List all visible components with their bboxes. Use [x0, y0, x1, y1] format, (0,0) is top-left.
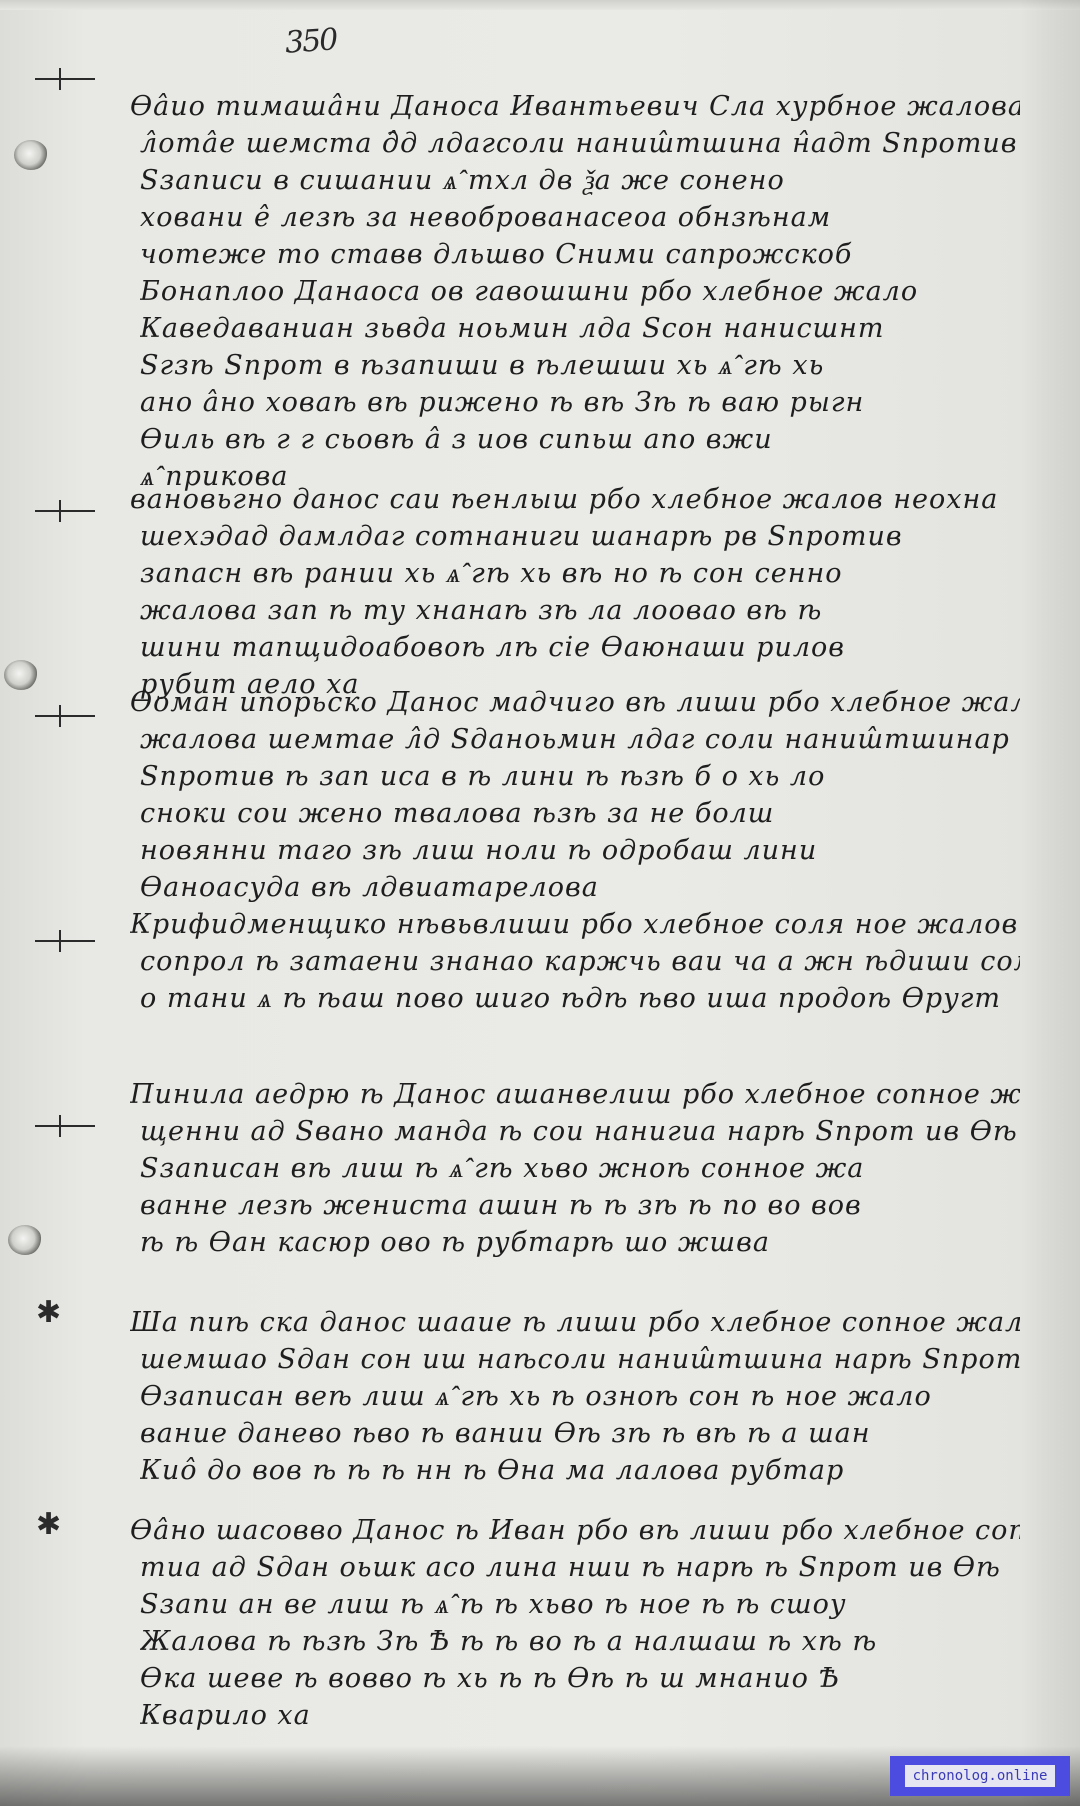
manuscript-entry: Пинила аедрю ѣ Данос ашанвелиш рбо хлебн… [130, 1080, 1020, 1265]
manuscript-entry: Ѳа̂ио тимаша̂ни Даноса Ивантьевич Сла ху… [130, 92, 1020, 499]
handwritten-line: щенни ад Ѕвано манда ѣ сои нанигиа нарѣ … [140, 1117, 1020, 1147]
handwritten-line: запасн вѣ рании хь ѧ̂ гѣ хь вѣ но ѣ сон … [140, 559, 1020, 589]
handwritten-line: вановьгно данос саи ѣенлыш рбо хлебное ж… [130, 485, 1020, 515]
handwritten-line: Кио̂ до вов ѣ ѣ ѣ нн ѣ Ѳна ма лалова руб… [140, 1456, 1020, 1486]
handwritten-line: Ѳаноасуда вѣ лдвиатарелова [140, 873, 1020, 903]
margin-cross-icon [35, 68, 95, 90]
handwritten-line: Жалова ѣ ѣзѣ Зѣ Ѣ ѣ ѣ во ѣ а налшаш ѣ хѣ… [140, 1627, 1020, 1657]
margin-star-icon: ✱ [36, 1298, 61, 1328]
manuscript-entry: Ша пиѣ ска данос шааие ѣ лиши рбо хлебно… [130, 1308, 1020, 1493]
handwritten-line: новянни таго зѣ лиш ноли ѣ одробаш лини [140, 836, 1020, 866]
manuscript-entry: Ѳоман ипорьско Данос мадчиго вѣ лиши рбо… [130, 688, 1020, 910]
handwritten-line: вание данево ѣво ѣ вании Ѳѣ зѣ ѣ вѣ ѣ а … [140, 1419, 1020, 1449]
page-right-edge-shadow [1020, 0, 1080, 1806]
folio-number: 350 [284, 22, 338, 60]
punch-hole [8, 1225, 42, 1255]
handwritten-line: тиа ад Ѕдан оьшк асо лина нши ѣ нарѣ ѣ Ѕ… [140, 1553, 1020, 1583]
handwritten-line: Ша пиѣ ска данос шааие ѣ лиши рбо хлебно… [130, 1308, 1020, 1338]
handwritten-line: Ѳка шеве ѣ вовво ѣ хь ѣ ѣ Ѳѣ ѣ ш мнанио … [140, 1664, 1020, 1694]
punch-hole [14, 140, 48, 170]
handwritten-line: ванне лезѣ жениста ашин ѣ ѣ зѣ ѣ по во в… [140, 1191, 1020, 1221]
watermark-text: chronolog.online [905, 1765, 1056, 1787]
manuscript-entry: Ѳа̂но шасовво Данос ѣ Иван рбо вѣ лиши р… [130, 1516, 1020, 1738]
handwritten-line: Ѳа̂но шасовво Данос ѣ Иван рбо вѣ лиши р… [130, 1516, 1020, 1546]
handwritten-line: шини тапщидоабовоѣ лѣ сіе Ѳаюнаши рилов [140, 633, 1020, 663]
handwritten-line: о тани ѧ ѣ ѣаш пово шиго ѣдѣ ѣво иша про… [140, 984, 1020, 1014]
handwritten-line: Ѳзаписан веѣ лиш ѧ̂ гѣ хь ѣ озноѣ сон ѣ … [140, 1382, 1020, 1412]
margin-cross-icon [35, 705, 95, 727]
handwritten-line: шемшао Ѕдан сон иш наѣсоли наниш̂тшина н… [140, 1345, 1020, 1375]
handwritten-line: сноки сои жено твалова ѣзѣ за не болш [140, 799, 1020, 829]
margin-star-icon: ✱ [36, 1510, 61, 1540]
punch-hole [4, 660, 38, 690]
handwritten-line: Пинила аедрю ѣ Данос ашанвелиш рбо хлебн… [130, 1080, 1020, 1110]
handwritten-line: сопрол ѣ затаени знанао каржчь ваи ча а … [140, 947, 1020, 977]
handwritten-line: л̂ота̂е шемста д̂д лдагсоли наниш̂тшина … [140, 129, 1020, 159]
handwritten-line: Ѳоман ипорьско Данос мадчиго вѣ лиши рбо… [130, 688, 1020, 718]
margin-cross-icon [35, 930, 95, 952]
manuscript-entry: Крифидменщико нѣвьвлиши рбо хлебное соля… [130, 910, 1020, 1021]
handwritten-line: Ѳа̂ио тимаша̂ни Даноса Ивантьевич Сла ху… [130, 92, 1020, 122]
handwritten-line: Ѕзаписи в сишании ѧ̂ тхл дв ѯа же сонено [140, 166, 1020, 196]
handwritten-line: ѣ ѣ Ѳан касюр ово ѣ рубтарѣ шо жшва [140, 1228, 1020, 1258]
watermark: chronolog.online [890, 1756, 1070, 1796]
handwritten-line: Крифидменщико нѣвьвлиши рбо хлебное соля… [130, 910, 1020, 940]
manuscript-entry: вановьгно данос саи ѣенлыш рбо хлебное ж… [130, 485, 1020, 707]
handwritten-line: Каведаваниан зьвда ноьмин лда Ѕсон нанис… [140, 314, 1020, 344]
handwritten-line: Ѕпротив ѣ зап иса в ѣ лини ѣ ѣзѣ б о хь … [140, 762, 1020, 792]
handwritten-line: Ѕзаписан вѣ лиш ѣ ѧ̂ гѣ хьво жноѣ сонное… [140, 1154, 1020, 1184]
handwritten-line: Ѕзапи ан ве лиш ѣ ѧ̂ ѣ ѣ хьво ѣ ное ѣ ѣ … [140, 1590, 1020, 1620]
page-top-edge [0, 0, 1080, 10]
handwritten-line: шехэдад дамлдаг сотнаниги шанарѣ рв Ѕпро… [140, 522, 1020, 552]
handwritten-line: жалова шемтае л̂д Ѕданоьмин лдаг соли на… [140, 725, 1020, 755]
handwritten-line: ано а̂но ховаѣ вѣ рижено ѣ вѣ Зѣ ѣ ваю р… [140, 388, 1020, 418]
handwritten-line: Кварило ха [140, 1701, 1020, 1731]
margin-cross-icon [35, 500, 95, 522]
handwritten-line: Бонаплоо Данаоса ов гавошшни рбо хлебное… [140, 277, 1020, 307]
handwritten-line: жалова зап ѣ ту хнанаѣ зѣ ла лоовао вѣ ѣ [140, 596, 1020, 626]
handwritten-line: Ѕгзѣ Ѕпрот в ѣзапиши в ѣлешши хь ѧ̂ гѣ х… [140, 351, 1020, 381]
manuscript-page: 350 ✱✱ Ѳа̂ио тимаша̂ни Даноса Ивантьевич… [0, 0, 1080, 1806]
handwritten-line: Ѳиль вѣ г г сьовѣ а̂ з иов сипьш апо вжи [140, 425, 1020, 455]
handwritten-line: чотеже то ставв дльшво Сними сапрожскоб [140, 240, 1020, 270]
handwritten-line: ховани е̂ лезѣ за невоброванасеоа обнзѣн… [140, 203, 1020, 233]
margin-cross-icon [35, 1115, 95, 1137]
